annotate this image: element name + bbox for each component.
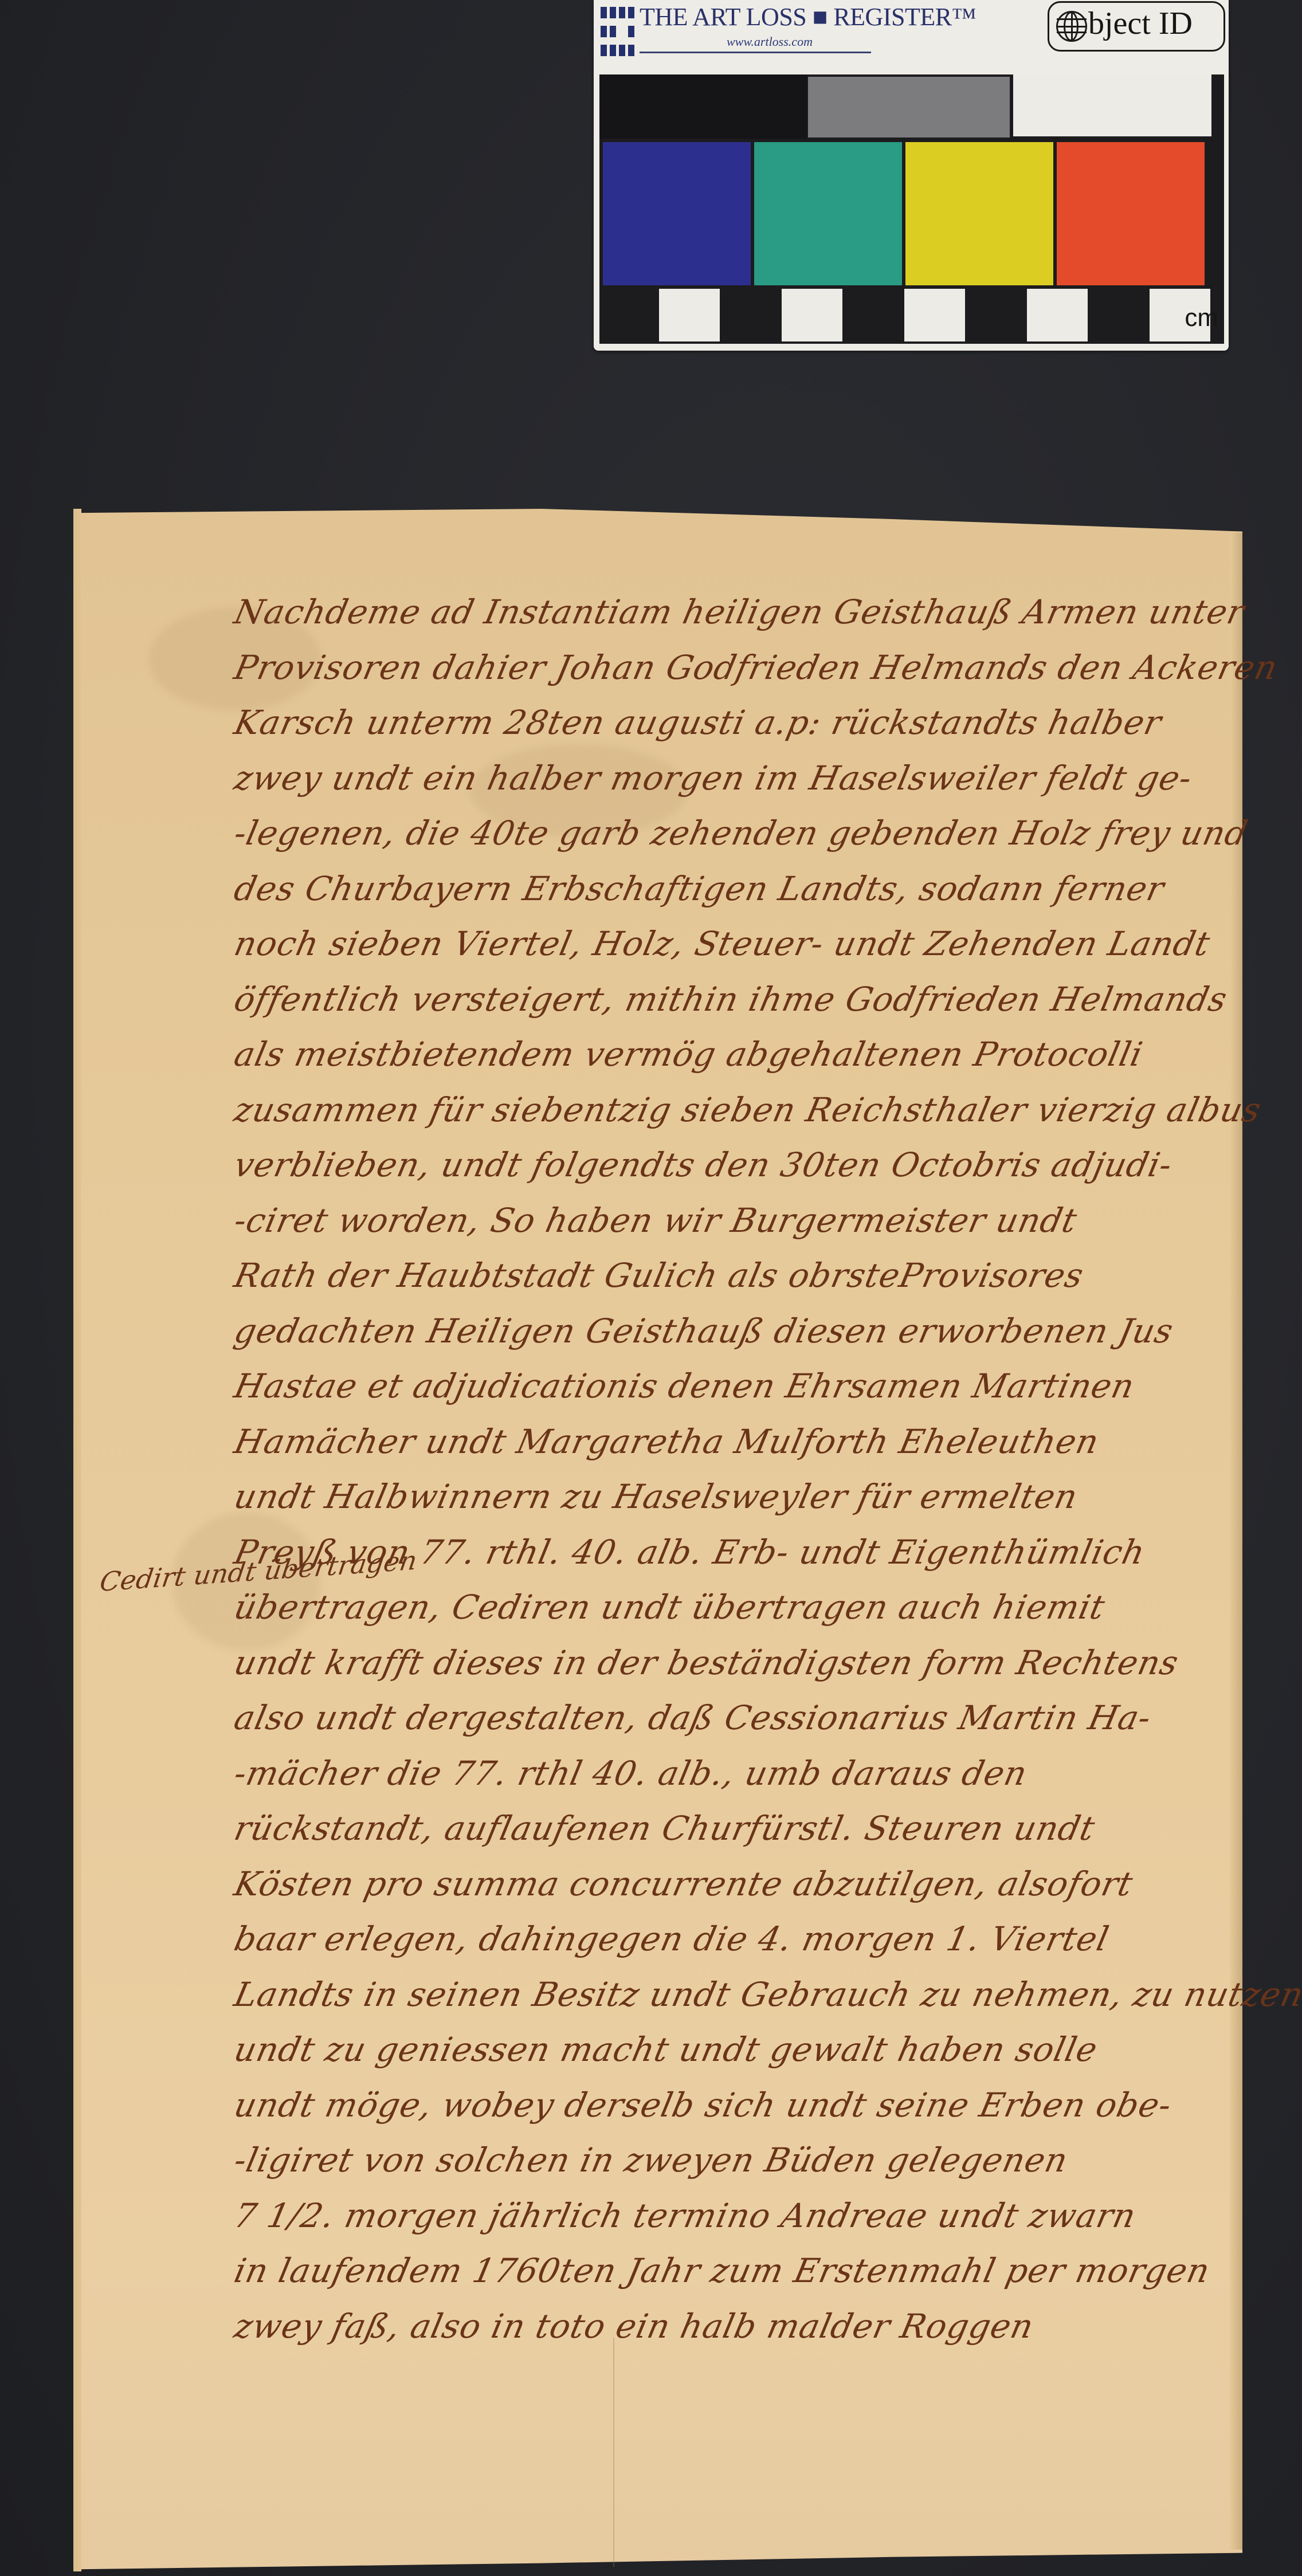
text-line: undt Halbwinnern zu Haselsweyler für erm… — [229, 1469, 1250, 1525]
text-line: 7 1/2. morgen jährlich termino Andreae u… — [229, 2188, 1250, 2244]
scale-tick — [1027, 289, 1088, 341]
text-line: in laufendem 1760ten Jahr zum Erstenmahl… — [229, 2243, 1250, 2299]
swatch-teal — [754, 142, 902, 285]
text-line: als meistbietendem vermög abgehaltenen P… — [229, 1027, 1250, 1082]
brand-url: www.artloss.com — [727, 34, 813, 49]
fold-line — [613, 2338, 614, 2567]
text-line: Karsch unterm 28ten augusti a.p: rücksta… — [229, 695, 1250, 751]
object-id-badge: bject ID — [1048, 1, 1225, 52]
text-line: Hamächer undt Margaretha Mulforth Eheleu… — [229, 1414, 1250, 1470]
globe-icon — [1056, 11, 1087, 42]
text-line: Nachdeme ad Instantiam heiligen Geisthau… — [229, 584, 1250, 640]
text-line: -legenen, die 40te garb zehenden gebende… — [229, 806, 1250, 861]
text-line: undt krafft dieses in der beständigsten … — [229, 1635, 1250, 1691]
brand-name: THE ART LOSS ■ REGISTER™ — [640, 2, 976, 32]
color-calibration-card: THE ART LOSS ■ REGISTER™ www.artloss.com… — [594, 0, 1229, 351]
swatch-white — [1013, 74, 1211, 136]
swatch-red — [1057, 142, 1205, 285]
text-line: Hastae et adjudicationis denen Ehrsamen … — [229, 1358, 1250, 1414]
text-line: undt zu geniessen macht undt gewalt habe… — [229, 2022, 1250, 2078]
text-line: gedachten Heiligen Geisthauß diesen erwo… — [229, 1303, 1250, 1359]
text-line: Landts in seinen Besitz undt Gebrauch zu… — [229, 1967, 1250, 2023]
text-line: baar erlegen, dahingegen die 4. morgen 1… — [229, 1911, 1250, 1967]
text-line: rückstandt, auflaufenen Churfürstl. Steu… — [229, 1801, 1250, 1856]
text-line: zwey faß, also in toto ein halb malder R… — [229, 2299, 1250, 2354]
text-line: öffentlich versteigert, mithin ihme Godf… — [229, 972, 1250, 1027]
text-line: -ligiret von solchen in zweyen Büden gel… — [229, 2133, 1250, 2188]
text-line: undt möge, wobey derselb sich undt seine… — [229, 2078, 1250, 2133]
color-chart: cm — [599, 74, 1224, 344]
text-line: verblieben, undt folgendts den 30ten Oct… — [229, 1137, 1250, 1193]
text-line: Provisoren dahier Johan Godfrieden Helma… — [229, 640, 1250, 696]
page-edge-left — [73, 509, 81, 2571]
text-line: Rath der Haubtstadt Gulich als obrstePro… — [229, 1248, 1250, 1303]
unit-label: cm — [1185, 304, 1218, 332]
scale-tick — [782, 289, 842, 341]
swatch-yellow — [905, 142, 1053, 285]
text-line: also undt dergestalten, daß Cessionarius… — [229, 1690, 1250, 1746]
art-loss-register-logo-icon — [601, 7, 635, 56]
text-line: zwey undt ein halber morgen im Haselswei… — [229, 751, 1250, 806]
text-line: zusammen für siebentzig sieben Reichstha… — [229, 1082, 1250, 1138]
swatch-blue — [603, 142, 751, 285]
text-line: -ciret worden, So haben wir Burgermeiste… — [229, 1193, 1250, 1248]
object-id-label: bject ID — [1088, 7, 1193, 40]
text-line: Kösten pro summa concurrente abzutilgen,… — [229, 1856, 1250, 1912]
text-line: noch sieben Viertel, Holz, Steuer- undt … — [229, 916, 1250, 972]
text-line: -mächer die 77. rthl 40. alb., umb darau… — [229, 1746, 1250, 1801]
text-line: übertragen, Cediren undt übertragen auch… — [229, 1580, 1250, 1635]
handwritten-text-block: Nachdeme ad Instantiam heiligen Geisthau… — [235, 584, 1244, 2354]
swatch-gray — [808, 77, 1010, 138]
scale-tick — [904, 289, 965, 341]
swatch-black — [599, 74, 807, 139]
scale-tick — [659, 289, 720, 341]
text-line: des Churbayern Erbschaftigen Landts, sod… — [229, 861, 1250, 917]
divider — [640, 52, 871, 53]
